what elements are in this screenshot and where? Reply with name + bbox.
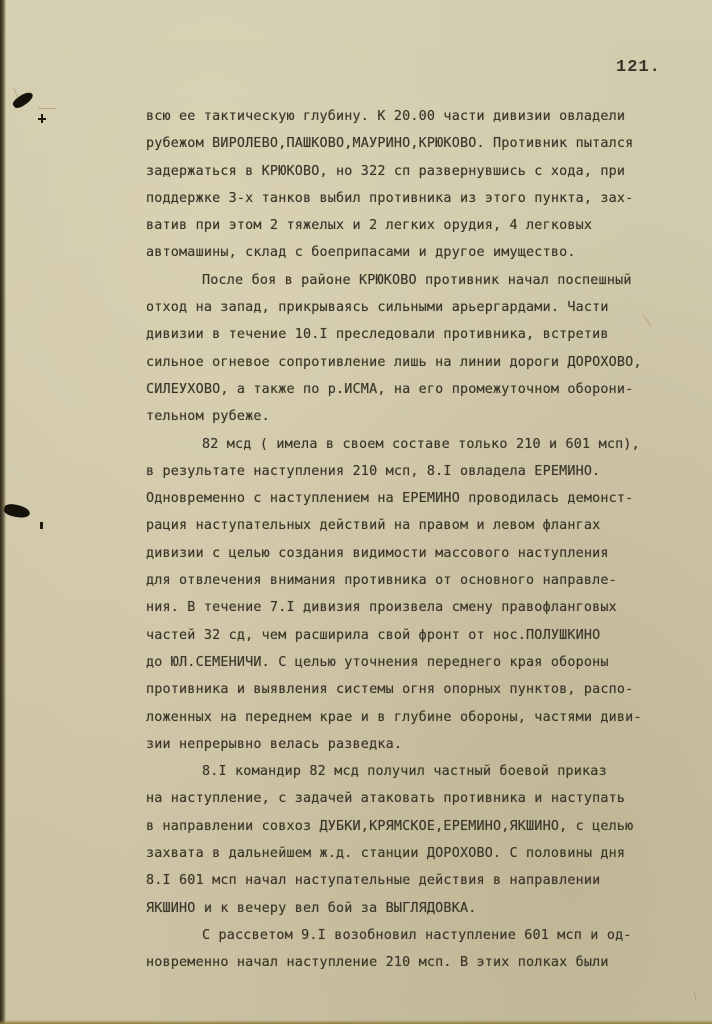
text-line: ЯКШИНО и к вечеру вел бой за ВЫГЛЯДОВКА. (146, 895, 706, 922)
paragraph-start-line: 82 мсд ( имела в своем составе только 21… (146, 431, 706, 458)
paper-fiber (38, 108, 56, 109)
text-line: противника и выявления системы огня опор… (146, 676, 706, 703)
text-line: задержаться в КРЮКОВО, но 322 сп разверн… (146, 158, 706, 185)
text-line: дивизии в течение 10.I преследовали прот… (146, 321, 706, 348)
text-line: СИЛЕУХОВО, а также по р.ИСМА, на его про… (146, 376, 706, 403)
text-line: тельном рубеже. (146, 403, 706, 430)
page-number: 121. (616, 58, 661, 77)
text-line: ния. В течение 7.I дивизия произвела сме… (146, 594, 706, 621)
text-line: поддержке 3-х танков выбил противника из… (146, 185, 706, 212)
binding-hole (3, 503, 31, 519)
text-line: сильное огневое сопротивление лишь на ли… (146, 349, 706, 376)
text-line: в результате наступления 210 мсп, 8.I ов… (146, 458, 706, 485)
text-line: в направлении совхоз ДУБКИ,КРЯМСКОЕ,ЕРЕМ… (146, 813, 706, 840)
text-line: рация наступательных действий на правом … (146, 512, 706, 539)
paragraph-start-line: 8.I командир 82 мсд получил частный боев… (146, 758, 706, 785)
text-line: 8.I 601 мсп начал наступательные действи… (146, 867, 706, 894)
text-line: новременно начал наступление 210 мсп. В … (146, 949, 706, 976)
text-line: отход на запад, прикрываясь сильными арь… (146, 294, 706, 321)
text-line: зии непрерывно велась разведка. (146, 731, 706, 758)
text-line: ложенных на переднем крае и в глубине об… (146, 704, 706, 731)
text-line: дивизии с целью создания видимости массо… (146, 540, 706, 567)
text-line: всю ее тактическую глубину. К 20.00 част… (146, 103, 706, 130)
text-line: до ЮЛ.СЕМЕНИЧИ. С целью уточнения передн… (146, 649, 706, 676)
text-line: для отвлечения внимания противника от ос… (146, 567, 706, 594)
paper-fiber (13, 88, 18, 100)
text-line: на наступление, с задачей атаковать прот… (146, 785, 706, 812)
typewritten-body: всю ее тактическую глубину. К 20.00 част… (146, 103, 706, 977)
page-bottom-edge (0, 1020, 712, 1024)
document-page: 121. всю ее тактическую глубину. К 20.00… (0, 0, 712, 1024)
punch-mark (40, 522, 43, 529)
text-line: автомашины, склад с боеприпасами и друго… (146, 239, 706, 266)
text-line: Одновременно с наступлением на ЕРЕМИНО п… (146, 485, 706, 512)
punch-mark (41, 114, 43, 123)
text-line: ватив при этом 2 тяжелых и 2 легких оруд… (146, 212, 706, 239)
paragraph-start-line: После боя в районе КРЮКОВО противник нач… (146, 267, 706, 294)
paragraph-start-line: С рассветом 9.I возобновил наступление 6… (146, 922, 706, 949)
text-line: частей 32 сд, чем расширила свой фронт о… (146, 622, 706, 649)
paper-fiber (694, 990, 697, 1000)
text-line: рубежом ВИРОЛЕВО,ПАШКОВО,МАУРИНО,КРЮКОВО… (146, 130, 706, 157)
text-line: захвата в дальнейшем ж.д. станции ДОРОХО… (146, 840, 706, 867)
